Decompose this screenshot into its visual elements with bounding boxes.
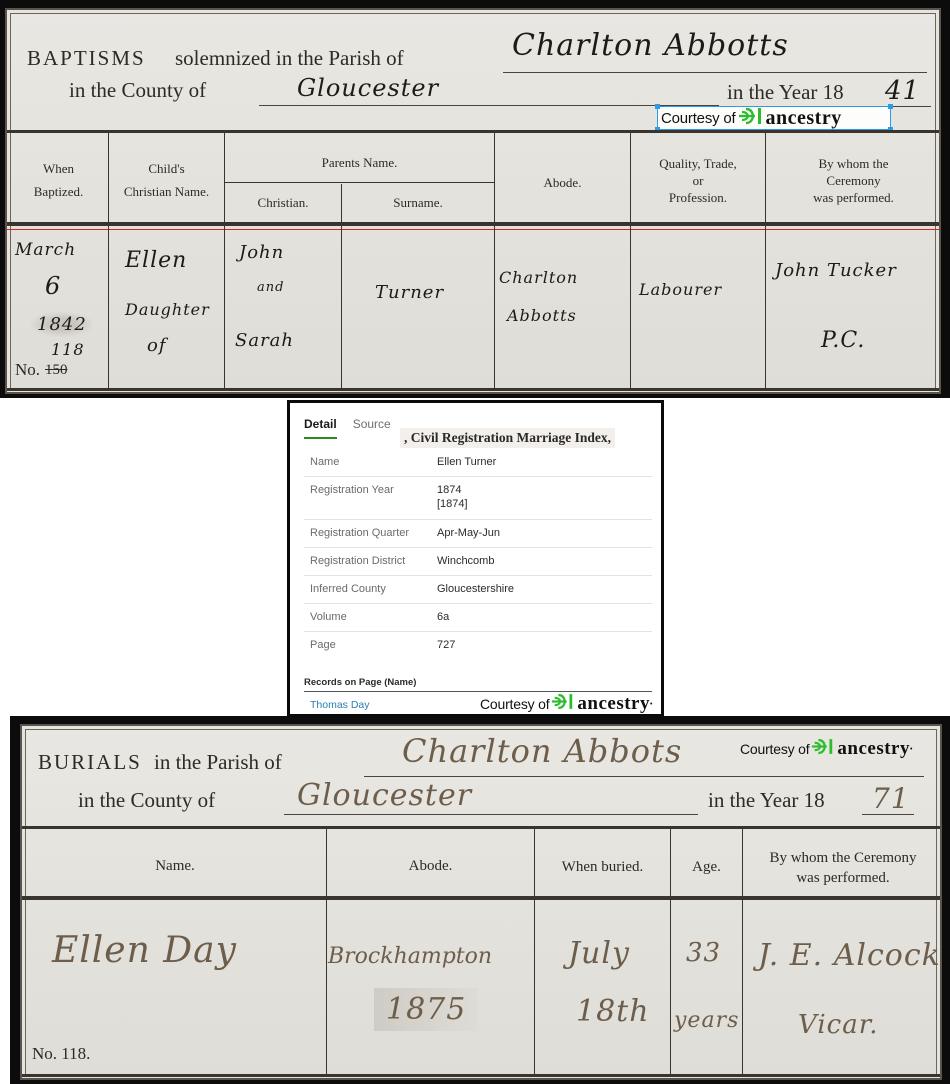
- tab-detail[interactable]: Detail: [304, 417, 337, 439]
- col-when-buried: When buried.: [535, 859, 670, 876]
- entry-officiant: John Tucker: [775, 260, 897, 281]
- col-childs-name: Child's Christian Name.: [109, 160, 224, 200]
- field-value: 6a: [437, 604, 449, 631]
- burial-county-label: in the County of: [78, 788, 215, 813]
- burial-age-unit: years: [674, 1008, 739, 1033]
- entry-year: 1842: [31, 312, 93, 337]
- burial-year-handwritten: 71: [872, 782, 910, 815]
- field-value: Winchcomb: [437, 548, 494, 575]
- burials-title-rest: in the Parish of: [154, 750, 282, 775]
- col-name: Name.: [24, 858, 326, 875]
- burial-no-label: No. 118.: [32, 1044, 90, 1064]
- ancestry-brand: ancestry: [766, 107, 842, 130]
- burial-year-label: in the Year 18: [708, 788, 825, 813]
- field-value: 727: [437, 632, 455, 660]
- burial-parish-handwritten: Charlton Abbots: [402, 732, 682, 770]
- entry-day: 6: [45, 272, 61, 300]
- record-link-thomas-day[interactable]: Thomas Day: [310, 699, 370, 711]
- ancestry-leaf-icon: [551, 693, 575, 715]
- field-row-registration-district: Registration District Winchcomb: [304, 548, 652, 576]
- col-by-whom: By whom the Ceremony was performed.: [766, 155, 941, 206]
- field-label: Volume: [304, 604, 437, 631]
- field-value: Gloucestershire: [437, 576, 514, 603]
- entry-no-struck: 150: [45, 362, 68, 379]
- field-label: Registration District: [304, 548, 437, 575]
- burials-title: BURIALS: [38, 750, 142, 775]
- field-label: Registration Quarter: [304, 520, 437, 547]
- baptisms-title-rest: solemnized in the Parish of: [175, 46, 404, 71]
- burial-month: July: [568, 936, 630, 971]
- col-quality-trade: Quality, Trade, or Profession.: [631, 155, 765, 206]
- col-when-baptized: When Baptized.: [9, 160, 108, 200]
- entry-month: March: [15, 240, 76, 260]
- tab-source[interactable]: Source: [353, 417, 391, 439]
- col-parents-surname: Surname.: [342, 194, 494, 211]
- index-fields: Name Ellen Turner Registration Year 1874…: [304, 449, 652, 660]
- burial-age: 33: [686, 938, 721, 968]
- ancestry-watermark-burial[interactable]: Courtesy of ancestry•: [740, 738, 912, 760]
- courtesy-of-label: Courtesy of: [661, 110, 736, 127]
- col-abode: Abode.: [327, 858, 534, 875]
- ancestry-watermark-baptism[interactable]: Courtesy of ancestry: [657, 106, 891, 130]
- entry-officiant-title: P.C.: [821, 328, 865, 353]
- field-row-name: Name Ellen Turner: [304, 449, 652, 477]
- burial-officiant-title: Vicar.: [798, 1010, 879, 1040]
- col-parents-name: Parents Name.: [225, 154, 494, 171]
- entry-surname: Turner: [375, 282, 444, 303]
- baptism-year-handwritten: 41: [885, 76, 920, 106]
- field-value-bracketed: [1874]: [437, 497, 468, 511]
- col-parents-christian: Christian.: [225, 194, 341, 211]
- entry-parent-2: Sarah: [235, 330, 294, 351]
- col-age: Age.: [671, 859, 742, 876]
- entry-parent-and: and: [257, 280, 284, 295]
- field-label: Inferred County: [304, 576, 437, 603]
- burial-register-page: BURIALS in the Parish of Charlton Abbots…: [20, 724, 942, 1080]
- entry-abode-1: Charlton: [499, 268, 578, 287]
- field-row-page: Page 727: [304, 632, 652, 660]
- field-value: Apr-May-Jun: [437, 520, 500, 547]
- baptism-register-page: BAPTISMS solemnized in the Parish of Cha…: [5, 8, 941, 394]
- ancestry-leaf-icon: [811, 738, 835, 760]
- field-value: Ellen Turner: [437, 449, 496, 476]
- records-on-page-heading: Records on Page (Name): [304, 677, 652, 692]
- entry-no-value: 118: [51, 340, 85, 359]
- col-abode: Abode.: [495, 174, 630, 191]
- marriage-index-panel: Detail Source , Civil Registration Marri…: [287, 400, 664, 717]
- baptism-county-handwritten: Gloucester: [297, 74, 439, 102]
- field-label: Registration Year: [304, 477, 437, 519]
- field-row-inferred-county: Inferred County Gloucestershire: [304, 576, 652, 604]
- collection-title: , Civil Registration Marriage Index,: [400, 428, 615, 448]
- baptism-parish-handwritten: Charlton Abbotts: [512, 28, 789, 63]
- entry-trade: Labourer: [639, 280, 722, 299]
- field-row-registration-year: Registration Year 1874 [1874]: [304, 477, 652, 520]
- entry-child-note-1: Daughter: [125, 300, 210, 319]
- baptisms-title: BAPTISMS: [27, 46, 146, 71]
- field-row-volume: Volume 6a: [304, 604, 652, 632]
- field-label: Name: [304, 449, 437, 476]
- entry-no-label: No.: [15, 360, 40, 380]
- baptism-register-scan: BAPTISMS solemnized in the Parish of Cha…: [0, 0, 950, 398]
- burial-year-overlay: 1875: [374, 988, 478, 1031]
- burial-day: 18th: [576, 994, 650, 1029]
- burial-officiant: J. E. Alcock: [758, 938, 941, 973]
- entry-abode-2: Abbotts: [507, 306, 577, 325]
- baptism-county-label: in the County of: [69, 78, 206, 103]
- ancestry-leaf-icon: [738, 107, 764, 130]
- field-value: 1874: [437, 483, 468, 497]
- burial-abode: Brockhampton: [328, 944, 492, 969]
- ancestry-watermark-index[interactable]: Courtesy of ancestry•: [480, 693, 652, 715]
- entry-child-note-2: of: [147, 335, 167, 356]
- index-tabs: Detail Source: [304, 417, 391, 439]
- field-row-registration-quarter: Registration Quarter Apr-May-Jun: [304, 520, 652, 548]
- burial-name: Ellen Day: [52, 930, 237, 971]
- field-label: Page: [304, 632, 437, 660]
- baptism-year-label: in the Year 18: [727, 80, 844, 105]
- burial-county-handwritten: Gloucester: [297, 778, 472, 813]
- col-by-whom: By whom the Ceremony was performed.: [743, 848, 943, 888]
- entry-parent-1: John: [239, 242, 284, 263]
- entry-child-name: Ellen: [125, 248, 187, 273]
- burial-register-scan: BURIALS in the Parish of Charlton Abbots…: [10, 716, 950, 1084]
